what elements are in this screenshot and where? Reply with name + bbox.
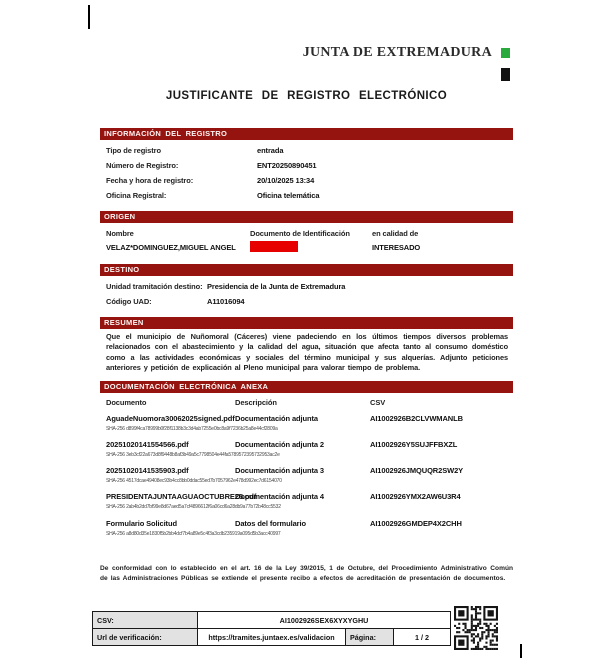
field-label: Tipo de registro (106, 146, 161, 155)
section-header-registro: INFORMACIÓN DEL REGISTRO (100, 128, 513, 140)
doc-description: Documentación adjunta 2 (235, 440, 324, 449)
verification-table: CSV: AI1002926SEX6XYXYGHU Url de verific… (92, 611, 451, 646)
csv-value: AI1002926SEX6XYXYGHU (198, 612, 451, 629)
doc-hash: SHA-256 d899f4ca78999b0f28f1138b3c3d4ab7… (106, 426, 278, 432)
doc-description: Datos del formulario (235, 519, 306, 528)
doc-csv: AI1002926GMDEP4X2CHH (370, 519, 462, 528)
origen-nombre-value: VELAZ*DOMINGUEZ,MIGUEL ANGEL (106, 243, 236, 252)
verification-url-link[interactable]: https://tramites.juntaex.es/validacion (198, 629, 346, 646)
brand-green-square-icon (501, 48, 510, 58)
doc-name: AguadeNuomora30062025signed.pdf (106, 414, 235, 423)
field-value: ENT20250890451 (257, 161, 316, 170)
doc-name: 20251020141554566.pdf (106, 440, 189, 449)
field-label: Número de Registro: (106, 161, 178, 170)
qr-code (454, 606, 498, 650)
doc-description: Documentación adjunta 3 (235, 466, 324, 475)
field-value: Presidencia de la Junta de Extremadura (207, 282, 345, 291)
doc-hash: SHA-256 4517dcae49408ec93b4cc8bb0ddac55e… (106, 478, 282, 484)
doc-csv: AI1002926YMX2AW6U3R4 (370, 492, 461, 501)
field-value: entrada (257, 146, 283, 155)
field-label: Fecha y hora de registro: (106, 176, 193, 185)
table-header-descripcion: Descripción (235, 398, 277, 407)
doc-description: Documentación adjunta (235, 414, 318, 423)
redacted-id-box (250, 241, 298, 252)
column-label-calidad: en calidad de (372, 229, 418, 238)
section-header-destino: DESTINO (100, 264, 513, 276)
field-value: A11016094 (207, 297, 244, 306)
doc-description: Documentación adjunta 4 (235, 492, 324, 501)
page-edge-mark-top (88, 5, 90, 29)
doc-hash: SHA-256 a8d80d35e1830f5b2bb4dcf7b4a89e5c… (106, 531, 281, 537)
section-header-resumen: RESUMEN (100, 317, 513, 329)
page-value: 1 / 2 (394, 629, 451, 646)
field-label: Código UAD: (106, 297, 152, 306)
section-header-origen: ORIGEN (100, 211, 513, 223)
doc-hash: SHA-256 3eb3cf22a673d8f9448b8af3b49a5c77… (106, 452, 280, 458)
column-label-nombre: Nombre (106, 229, 134, 238)
csv-label: CSV: (93, 612, 198, 629)
field-value: 20/10/2025 13:34 (257, 176, 314, 185)
registration-receipt-document: JUNTA DE EXTREMADURA JUSTIFICANTE DE REG… (0, 0, 613, 660)
page-title: JUSTIFICANTE DE REGISTRO ELECTRÓNICO (100, 90, 513, 102)
section-header-anexa: DOCUMENTACIÓN ELECTRÓNICA ANEXA (100, 381, 513, 393)
origen-calidad-value: INTERESADO (372, 243, 420, 252)
doc-name: Formulario Solicitud (106, 519, 177, 528)
table-header-documento: Documento (106, 398, 146, 407)
brand-black-square-icon (501, 68, 510, 81)
doc-csv: AI1002926JMQUQR2SW2Y (370, 466, 463, 475)
doc-name: 20251020141535903.pdf (106, 466, 189, 475)
page-label: Página: (346, 629, 394, 646)
table-header-csv: CSV (370, 398, 385, 407)
doc-csv: AI1002926B2CLVWMANLB (370, 414, 463, 423)
page-edge-mark-bottom (520, 644, 522, 658)
doc-name: PRESIDENTAJUNTAAGUAOCTUBRE25.pdf (106, 492, 256, 501)
legal-text: De conformidad con lo establecido en el … (100, 564, 513, 583)
field-value: Oficina telemática (257, 191, 319, 200)
field-label: Unidad tramitación destino: (106, 282, 202, 291)
field-label: Oficina Registral: (106, 191, 166, 200)
doc-csv: AI1002926Y5SUJFFBXZL (370, 440, 457, 449)
brand-title: JUNTA DE EXTREMADURA (0, 45, 492, 61)
resumen-text: Que el municipio de Nuñomoral (Cáceres) … (106, 332, 508, 373)
column-label-documento: Documento de Identificación (250, 229, 350, 238)
doc-hash: SHA-256 2ab4b2dd7bf99e8d67aed5a7cf489661… (106, 504, 281, 510)
url-label: Url de verificación: (93, 629, 198, 646)
